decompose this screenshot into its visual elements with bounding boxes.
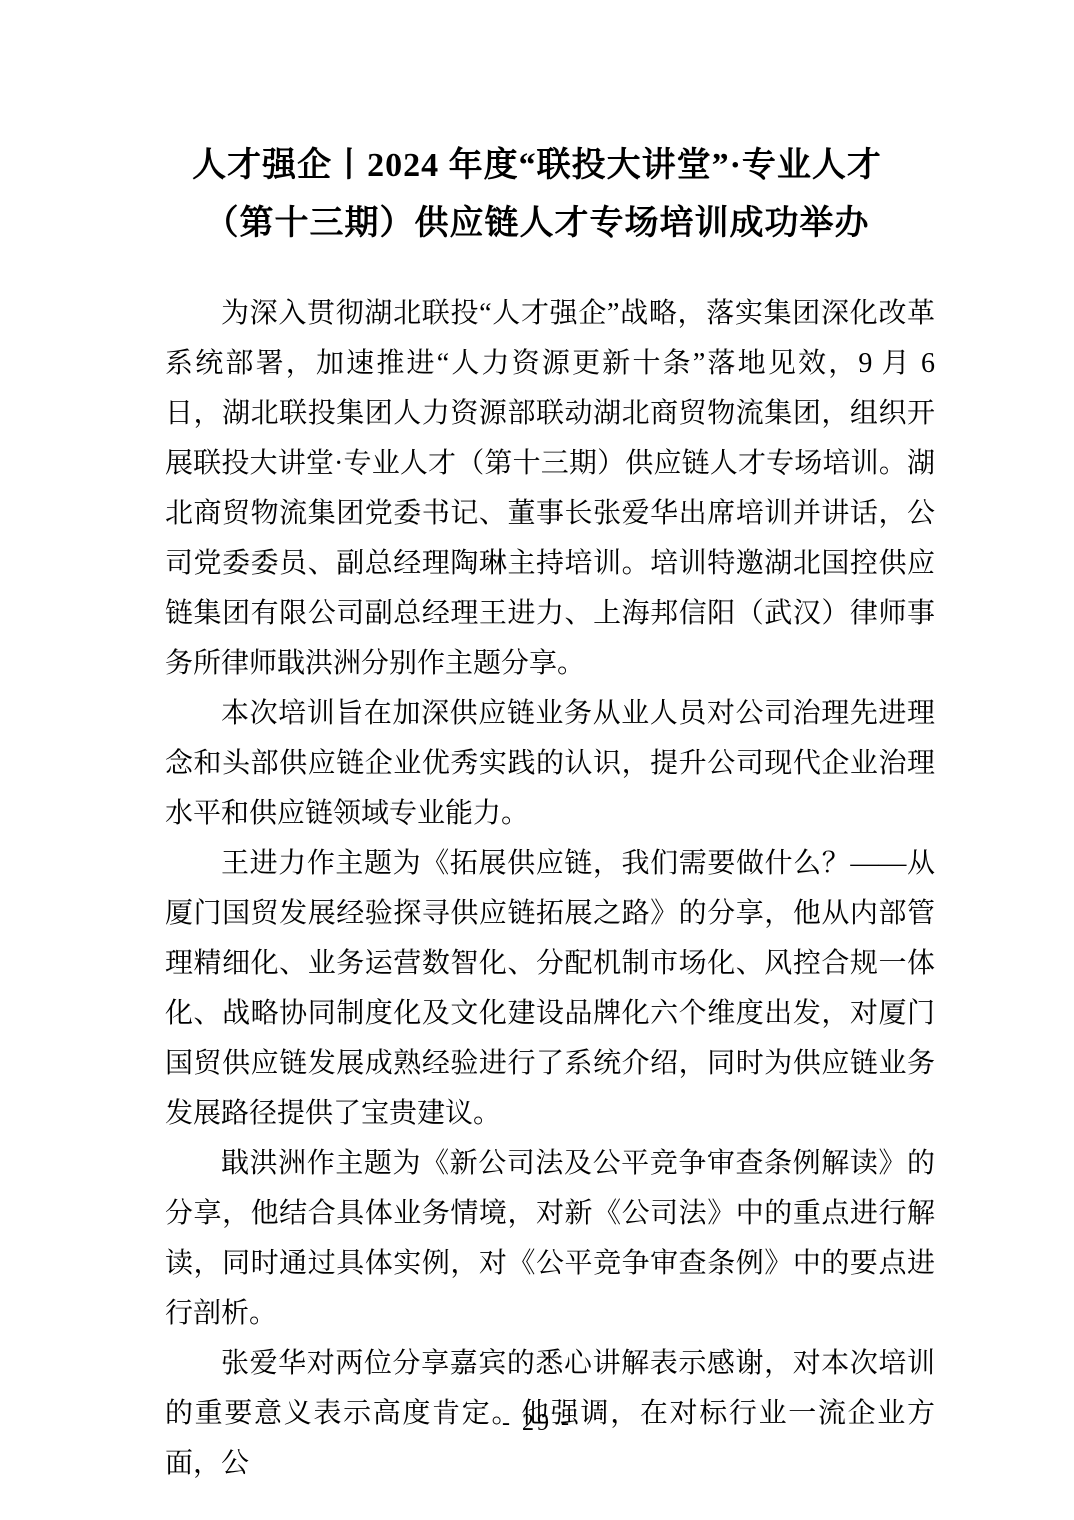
document-body: 为深入贯彻湖北联投“人才强企”战略，落实集团深化改革系统部署，加速推进“人力资源… (165, 289, 935, 1489)
paragraph-training-purpose: 本次培训旨在加深供应链业务从业人员对公司治理先进理念和头部供应链企业优秀实践的认… (165, 689, 935, 839)
paragraph-ji-hongzhou-sharing: 戢洪洲作主题为《新公司法及公平竞争审查条例解读》的分享，他结合具体业务情境，对新… (165, 1139, 935, 1339)
paragraph-intro: 为深入贯彻湖北联投“人才强企”战略，落实集团深化改革系统部署，加速推进“人力资源… (165, 289, 935, 689)
document-title-line-2: （第十三期）供应链人才专场培训成功举办 (90, 195, 984, 253)
page-number: - 29 - (0, 1410, 1074, 1437)
paragraph-wang-jinli-sharing: 王进力作主题为《拓展供应链，我们需要做什么？——从厦门国贸发展经验探寻供应链拓展… (165, 839, 935, 1139)
document-page: 人才强企丨2024 年度“联投大讲堂”·专业人才 （第十三期）供应链人才专场培训… (0, 0, 1074, 1520)
document-title-line-1: 人才强企丨2024 年度“联投大讲堂”·专业人才 (90, 137, 984, 195)
document-title: 人才强企丨2024 年度“联投大讲堂”·专业人才 （第十三期）供应链人才专场培训… (90, 137, 984, 253)
